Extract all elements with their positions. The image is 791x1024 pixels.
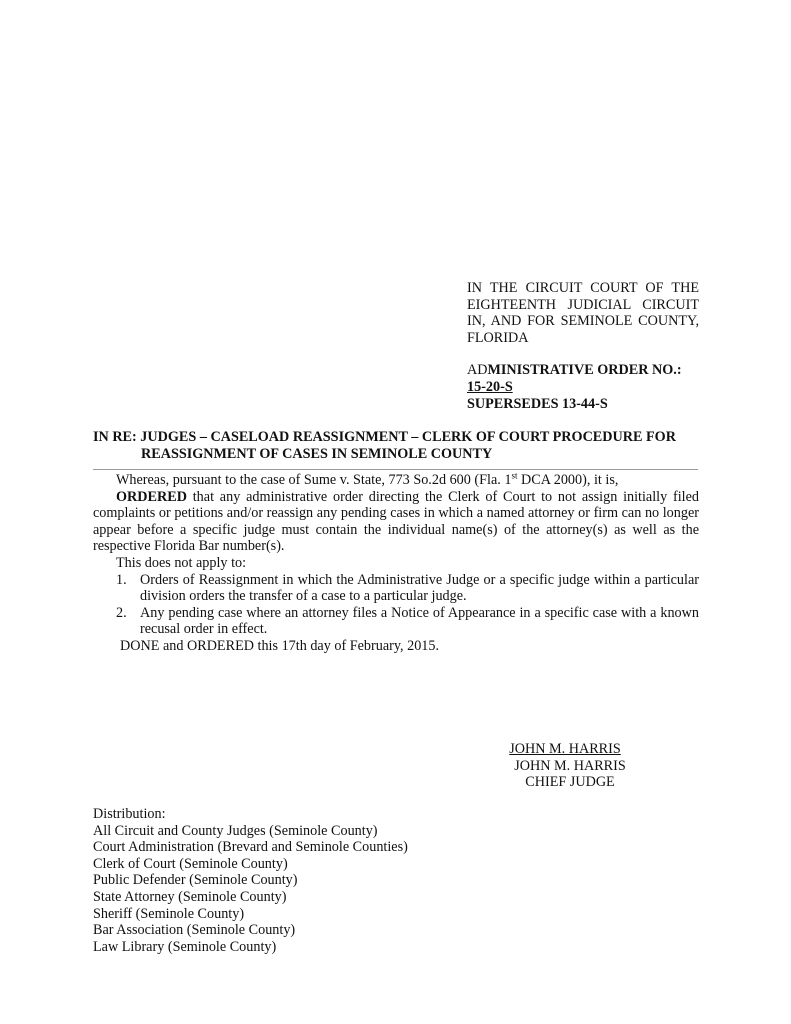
exception-text: Orders of Reassignment in which the Admi… xyxy=(140,572,699,605)
recipient: Sheriff (Seminole County) xyxy=(93,906,493,923)
exception-text: Any pending case where an attorney files… xyxy=(140,605,699,638)
supersedes: SUPERSEDES 13-44-S xyxy=(467,396,699,413)
order-label-prefix: AD xyxy=(467,362,488,378)
recipient: All Circuit and County Judges (Seminole … xyxy=(93,823,493,840)
recipient: Bar Association (Seminole County) xyxy=(93,922,493,939)
order-body: Whereas, pursuant to the case of Sume v.… xyxy=(93,472,699,655)
exceptions-list: 1. Orders of Reassignment in which the A… xyxy=(93,572,699,638)
ordered-keyword: ORDERED xyxy=(116,489,187,505)
order-number: 15-20-S xyxy=(467,379,699,396)
recipient: Clerk of Court (Seminole County) xyxy=(93,856,493,873)
ordered-paragraph: ORDERED that any administrative order di… xyxy=(93,489,699,555)
signature-block: JOHN M. HARRIS JOHN M. HARRIS CHIEF JUDG… xyxy=(505,741,635,791)
in-re-line-1: IN RE: JUDGES – CASELOAD REASSIGNMENT – … xyxy=(93,429,703,446)
done-and-ordered: DONE and ORDERED this 17th day of Februa… xyxy=(93,638,699,655)
court-line: FLORIDA xyxy=(467,330,699,347)
distribution-list: Distribution: All Circuit and County Jud… xyxy=(93,806,493,955)
judge-name: JOHN M. HARRIS xyxy=(505,758,635,775)
case-caption: IN THE CIRCUIT COURT OF THE EIGHTEENTH J… xyxy=(467,280,699,412)
exceptions-intro: This does not apply to: xyxy=(93,555,699,572)
whereas-paragraph: Whereas, pursuant to the case of Sume v.… xyxy=(93,472,699,489)
distribution-heading: Distribution: xyxy=(93,806,493,823)
court-line: IN THE CIRCUIT COURT OF THE xyxy=(467,280,699,297)
judge-title: CHIEF JUDGE xyxy=(505,774,635,791)
recipient: Public Defender (Seminole County) xyxy=(93,872,493,889)
whereas-text-end: DCA 2000), it is, xyxy=(517,472,618,488)
whereas-text: Whereas, pursuant to the case of Sume v.… xyxy=(116,472,511,488)
signature-line: JOHN M. HARRIS xyxy=(495,741,635,758)
recipient: Court Administration (Brevard and Semino… xyxy=(93,839,493,856)
court-name: IN THE CIRCUIT COURT OF THE EIGHTEENTH J… xyxy=(467,280,699,346)
recipient: State Attorney (Seminole County) xyxy=(93,889,493,906)
exception-item: 1. Orders of Reassignment in which the A… xyxy=(93,572,699,605)
exception-number: 2. xyxy=(116,605,127,622)
exception-item: 2. Any pending case where an attorney fi… xyxy=(93,605,699,638)
order-label: ADMINISTRATIVE ORDER NO.: xyxy=(467,362,699,379)
horizontal-rule xyxy=(93,469,698,470)
in-re-line-2: REASSIGNMENT OF CASES IN SEMINOLE COUNTY xyxy=(93,446,703,463)
court-line: EIGHTEENTH JUDICIAL CIRCUIT xyxy=(467,297,699,314)
order-info: ADMINISTRATIVE ORDER NO.: 15-20-S SUPERS… xyxy=(467,362,699,412)
court-line: IN, AND FOR SEMINOLE COUNTY, xyxy=(467,313,699,330)
in-re-heading: IN RE: JUDGES – CASELOAD REASSIGNMENT – … xyxy=(93,429,703,462)
recipient: Law Library (Seminole County) xyxy=(93,939,493,956)
order-label-rest: MINISTRATIVE ORDER NO.: xyxy=(488,362,682,378)
exception-number: 1. xyxy=(116,572,127,589)
recipient-list: All Circuit and County Judges (Seminole … xyxy=(93,823,493,956)
